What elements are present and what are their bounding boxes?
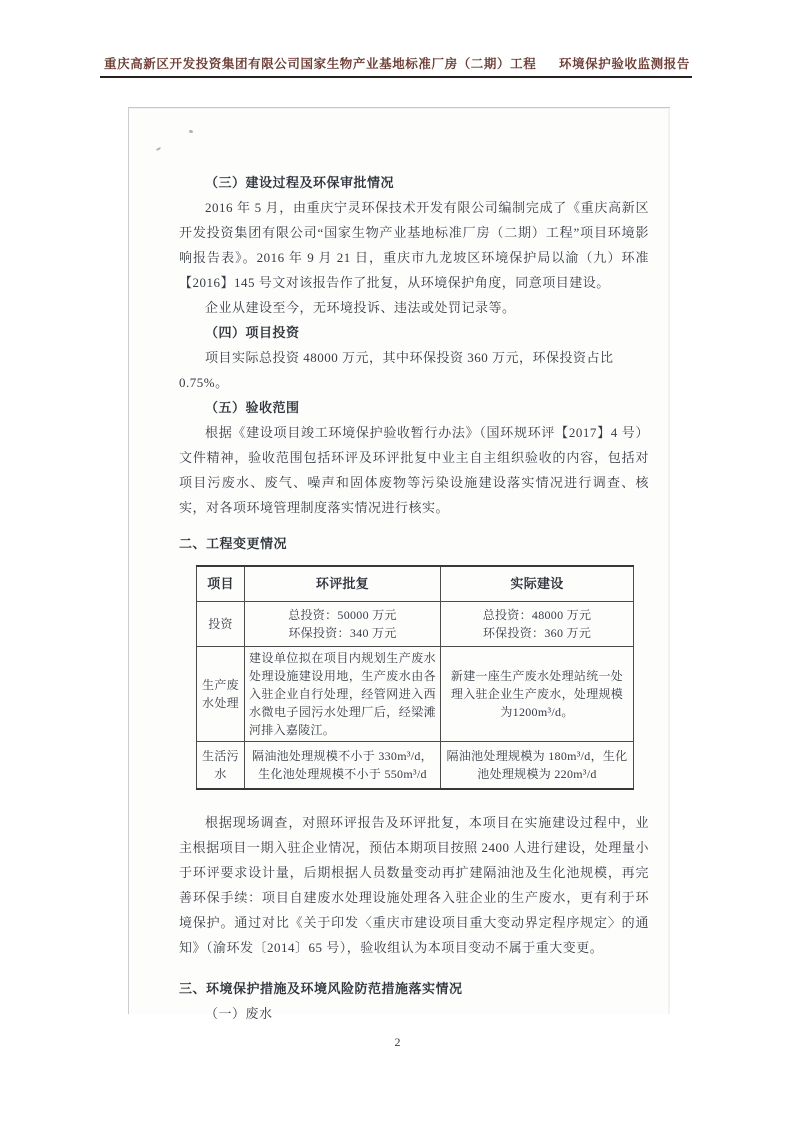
section-4-paragraph: 项目实际总投资 48000 万元，其中环保投资 360 万元，环保投资占比 0.…: [179, 345, 649, 395]
scanned-page: （三）建设过程及环保审批情况 2016 年 5 月，由重庆宁灵环保技术开发有限公…: [128, 107, 670, 1014]
part-2-heading: 二、工程变更情况: [179, 531, 649, 556]
row-approved-cell: 建设单位拟在项目内规划生产废水处理设施建设用地，生产废水由各入驻企业自行处理，经…: [245, 647, 441, 742]
running-header: 重庆高新区开发投资集团有限公司国家生物产业基地标准厂房（二期）工程 环境保护验收…: [104, 54, 690, 72]
table-row: 投资 总投资：50000 万元 环保投资：340 万元 总投资：48000 万元…: [197, 602, 634, 647]
section-4-heading: （四）项目投资: [179, 320, 649, 345]
row-actual-cell: 新建一座生产废水处理站统一处理入驻企业生产废水，处理规模为1200m³/d。: [441, 647, 634, 742]
section-3-heading: （三）建设过程及环保审批情况: [179, 170, 649, 195]
column-header-item: 项目: [197, 566, 245, 602]
column-header-actual: 实际建设: [441, 566, 634, 602]
row-approved-cell: 隔油池处理规模不小于 330m³/d，生化池处理规模不小于 550m³/d: [245, 742, 441, 790]
row-actual-cell: 总投资：48000 万元 环保投资：360 万元: [441, 602, 634, 647]
page-content: （三）建设过程及环保审批情况 2016 年 5 月，由重庆宁灵环保技术开发有限公…: [179, 108, 649, 1050]
row-approved-cell: 总投资：50000 万元 环保投资：340 万元: [245, 602, 441, 647]
part-2-paragraph: 根据现场调查，对照环评报告及环评批复，本项目在实施建设过程中，业主根据项目一期入…: [179, 810, 649, 960]
running-header-right: 环境保护验收监测报告: [559, 54, 690, 72]
change-comparison-table: 项目 环评批复 实际建设 投资 总投资：50000 万元 环保投资：340 万元…: [196, 565, 634, 790]
table-header-row: 项目 环评批复 实际建设: [197, 566, 634, 602]
row-item-label: 生活污水: [197, 742, 245, 790]
header-rule: [100, 76, 692, 78]
document-canvas: 重庆高新区开发投资集团有限公司国家生物产业基地标准厂房（二期）工程 环境保护验收…: [0, 0, 793, 1122]
row-item-label: 投资: [197, 602, 245, 647]
row-item-label: 生产废水处理: [197, 647, 245, 742]
column-header-approved: 环评批复: [245, 566, 441, 602]
table-row: 生活污水 隔油池处理规模不小于 330m³/d，生化池处理规模不小于 550m³…: [197, 742, 634, 790]
part-3-subheading: （一）废水: [179, 1001, 649, 1026]
section-3-paragraph: 2016 年 5 月，由重庆宁灵环保技术开发有限公司编制完成了《重庆高新区开发投…: [179, 195, 649, 295]
section-5-paragraph: 根据《建设项目竣工环境保护验收暂行办法》（国环规环评【2017】4 号）文件精神…: [179, 420, 649, 520]
row-actual-cell: 隔油池处理规模为 180m³/d，生化池处理规模为 220m³/d: [441, 742, 634, 790]
running-header-left: 重庆高新区开发投资集团有限公司国家生物产业基地标准厂房（二期）工程: [104, 54, 536, 72]
section-5-heading: （五）验收范围: [179, 395, 649, 420]
scan-speck: [156, 147, 161, 151]
table-row: 生产废水处理 建设单位拟在项目内规划生产废水处理设施建设用地，生产废水由各入驻企…: [197, 647, 634, 742]
section-3-paragraph-2: 企业从建设至今，无环境投诉、违法或处罚记录等。: [179, 295, 649, 320]
part-3-heading: 三、环境保护措施及环境风险防范措施落实情况: [179, 976, 649, 1001]
page-number: 2: [179, 1035, 616, 1050]
